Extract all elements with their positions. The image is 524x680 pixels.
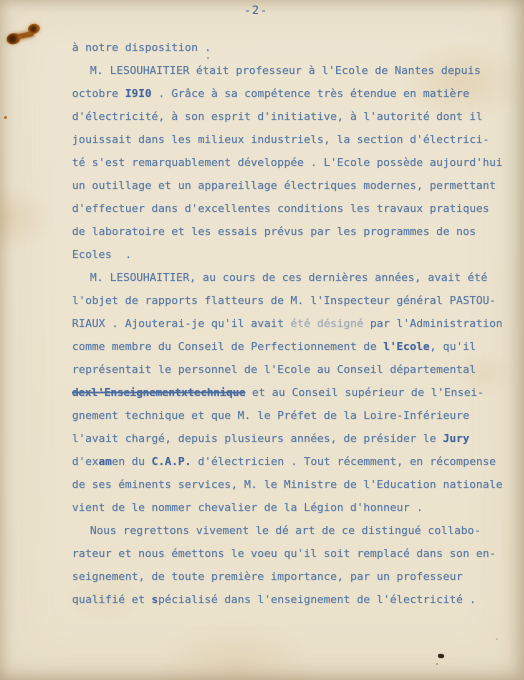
text-segment: été désigné xyxy=(291,317,364,330)
page-number: -2- xyxy=(0,3,518,17)
text-line: d'effectuer dans d'excellentes condition… xyxy=(72,197,522,220)
text-segment: Ecoles . xyxy=(72,248,132,261)
ink-speck xyxy=(496,638,498,640)
text-segment: comme membre du Conseil de Perfectionnem… xyxy=(72,340,383,353)
struck-out-text: dexl'Enseignementxtechnique xyxy=(72,386,245,399)
rust-speck xyxy=(4,116,7,119)
ink-speck xyxy=(207,57,209,59)
text-segment: Jury xyxy=(443,432,470,445)
text-line: de laboratoire et les essais prévus par … xyxy=(72,220,522,243)
text-line: qualifié et spécialisé dans l'enseigneme… xyxy=(72,588,522,611)
text-segment: de ses éminents services, M. le Ministre… xyxy=(72,478,502,491)
text-line: octobre I9I0 . Grâce à sa compétence trè… xyxy=(72,82,522,105)
text-segment: gnement technique et que M. le Préfet de… xyxy=(72,409,469,422)
text-line: l'avait chargé, depuis plusieurs années,… xyxy=(72,427,522,450)
text-segment: l'objet de rapports flatteurs de M. l'In… xyxy=(72,294,496,307)
text-segment: d'électricité, à son esprit d'initiative… xyxy=(72,110,483,123)
text-segment: C.A.P. xyxy=(152,455,192,468)
text-segment: octobre xyxy=(72,87,125,100)
text-line: vient de le nommer chevalier de la Légio… xyxy=(72,496,522,519)
text-line: Nous regrettons vivement le dé art de ce… xyxy=(72,519,522,542)
text-segment: , qu'il xyxy=(430,340,476,353)
text-line: dexl'Enseignementxtechnique et au Consei… xyxy=(72,381,522,404)
text-line: Ecoles . xyxy=(72,243,522,266)
text-segment: am xyxy=(99,455,112,468)
text-segment: vient de le nommer chevalier de la Légio… xyxy=(72,501,423,514)
text-segment: jouissait dans les milieux industriels, … xyxy=(72,133,489,146)
text-line: comme membre du Conseil de Perfectionnem… xyxy=(72,335,522,358)
text-segment: Nous regrettons vivement le dé art de ce… xyxy=(90,524,481,537)
text-segment: à notre disposition . xyxy=(72,41,211,54)
text-segment: par l'Administration xyxy=(363,317,502,330)
scanned-typewritten-page: -2- à notre disposition .M. LESOUHAITIER… xyxy=(0,0,524,680)
text-line: gnement technique et que M. le Préfet de… xyxy=(72,404,522,427)
ink-speck xyxy=(436,663,438,665)
text-segment: I9I0 xyxy=(125,87,152,100)
text-segment: l'Ecole xyxy=(383,340,429,353)
text-segment: d'ex xyxy=(72,455,99,468)
text-line: té s'est remarquablement développée . L'… xyxy=(72,151,522,174)
text-line: seignement, de toute première importance… xyxy=(72,565,522,588)
document-body: à notre disposition .M. LESOUHAITIER éta… xyxy=(72,36,522,611)
text-line: un outillage et un appareillage électriq… xyxy=(72,174,522,197)
text-line: de ses éminents services, M. le Ministre… xyxy=(72,473,522,496)
text-segment: l'avait chargé, depuis plusieurs années,… xyxy=(72,432,443,445)
rust-staple-stain xyxy=(4,20,44,49)
text-line: M. LESOUHAITIER était professeur à l'Eco… xyxy=(72,59,522,82)
text-segment: RIAUX . Ajouterai-je qu'il avait xyxy=(72,317,291,330)
text-segment: d'électricien . Tout récemment, en récom… xyxy=(191,455,496,468)
text-segment: un outillage et un appareillage électriq… xyxy=(72,179,496,192)
text-segment: . Grâce à sa compétence très étendue en … xyxy=(151,87,469,100)
text-line: d'électricité, à son esprit d'initiative… xyxy=(72,105,522,128)
text-line: jouissait dans les milieux industriels, … xyxy=(72,128,522,151)
ink-speck xyxy=(438,654,444,659)
text-segment: qualifié et xyxy=(72,593,151,606)
text-line: représentait le personnel de l'Ecole au … xyxy=(72,358,522,381)
rust-stain-blob-left xyxy=(6,32,22,46)
text-segment: représentait le personnel de l'Ecole au … xyxy=(72,363,476,376)
text-segment: d'effectuer dans d'excellentes condition… xyxy=(72,202,489,215)
text-line: l'objet de rapports flatteurs de M. l'In… xyxy=(72,289,522,312)
text-segment: M. LESOUHAITIER, au cours de ces dernièr… xyxy=(90,271,487,284)
text-segment: M. LESOUHAITIER était professeur à l'Eco… xyxy=(90,64,481,77)
text-line: à notre disposition . xyxy=(72,36,522,59)
text-line: M. LESOUHAITIER, au cours de ces dernièr… xyxy=(72,266,522,289)
text-segment: seignement, de toute première importance… xyxy=(72,570,463,583)
text-segment: en du xyxy=(112,455,152,468)
text-segment: pécialisé dans l'enseignement de l'élect… xyxy=(158,593,476,606)
text-segment: rateur et nous émettons le voeu qu'il so… xyxy=(72,547,496,560)
text-segment: de laboratoire et les essais prévus par … xyxy=(72,225,476,238)
text-line: RIAUX . Ajouterai-je qu'il avait été dés… xyxy=(72,312,522,335)
text-segment: et au Conseil supérieur de l'Ensei- xyxy=(245,386,483,399)
text-line: d'examen du C.A.P. d'électricien . Tout … xyxy=(72,450,522,473)
text-segment: té s'est remarquablement développée . L'… xyxy=(72,156,502,169)
text-line: rateur et nous émettons le voeu qu'il so… xyxy=(72,542,522,565)
